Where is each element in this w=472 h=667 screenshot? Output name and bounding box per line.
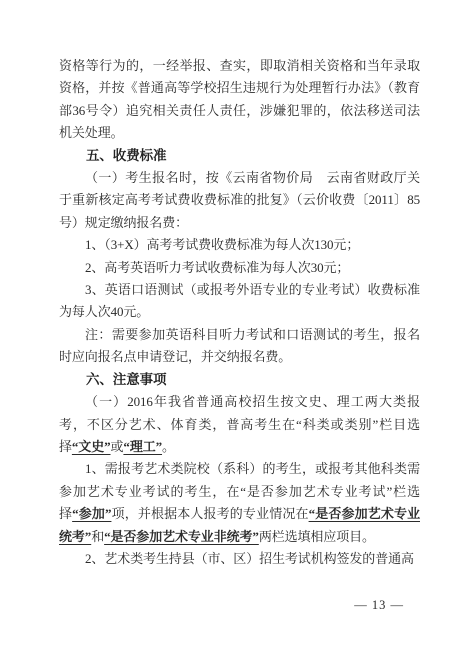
text-run: 项，并根据本人报考的专业情况在	[111, 506, 308, 521]
text-run: 五、收费标准	[86, 148, 166, 163]
paragraph: 2、艺术类考生持县（市、区）招生考试机构签发的普通高	[59, 548, 420, 570]
paragraph: 注：需要参加英语科目听力考试和口语测试的考生，报名时应向报名点申请登记，并交纳报…	[59, 324, 420, 369]
text-run: 资格等行为的，一经举报、查实，即取消相关资格和当年录取资格，并按《普通高等学校招…	[59, 58, 420, 140]
text-run: 和	[91, 529, 104, 544]
emphasis-run: “理工”	[123, 439, 162, 454]
text-run: 注：需要参加英语科目听力考试和口语测试的考生，报名时应向报名点申请登记，并交纳报…	[59, 327, 420, 364]
text-run: 2、艺术类考生持县（市、区）招生考试机构签发的普通高	[85, 551, 414, 566]
text-run: 。	[162, 439, 175, 454]
emphasis-run: “文史”	[72, 439, 111, 454]
text-run: 两栏选填相应项目。	[259, 529, 375, 544]
text-run: 六、注意事项	[86, 372, 166, 387]
page-number: — 13 —	[354, 598, 404, 613]
document-page: { "page": { "background_color": "#ffffff…	[0, 0, 472, 667]
emphasis-run: “是否参加艺术专业非统考”	[104, 529, 259, 544]
paragraph: （一）2016年我省普通高校招生按文史、理工两大类报考，不区分艺术、体育类，普高…	[59, 391, 420, 458]
emphasis-run: “参加”	[72, 506, 111, 521]
section-heading: 五、收费标准	[59, 145, 420, 167]
paragraph: 3、英语口语测试（或报考外语专业的专业考试）收费标准为每人次40元。	[59, 279, 420, 324]
text-run: （一）考生报名时，按《云南省物价局 云南省财政厅关于重新核定高考考试费收费标准的…	[59, 170, 420, 230]
paragraph: 2、高考英语听力考试收费标准为每人次30元；	[59, 257, 420, 279]
text-run: 或	[111, 439, 124, 454]
paragraph: 资格等行为的，一经举报、查实，即取消相关资格和当年录取资格，并按《普通高等学校招…	[59, 55, 420, 145]
text-run: 1、（3+X）高考考试费收费标准为每人次130元；	[85, 237, 359, 252]
paragraph: 1、（3+X）高考考试费收费标准为每人次130元；	[59, 234, 420, 256]
document-body: 资格等行为的，一经举报、查实，即取消相关资格和当年录取资格，并按《普通高等学校招…	[59, 55, 420, 570]
text-run: 2、高考英语听力考试收费标准为每人次30元；	[85, 260, 349, 275]
section-heading: 六、注意事项	[59, 369, 420, 391]
paragraph: （一）考生报名时，按《云南省物价局 云南省财政厅关于重新核定高考考试费收费标准的…	[59, 167, 420, 234]
text-run: 3、英语口语测试（或报考外语专业的专业考试）收费标准为每人次40元。	[59, 282, 420, 319]
paragraph: 1、需报考艺术类院校（系科）的考生，或报考其他科类需参加艺术专业考试的考生，在“…	[59, 458, 420, 548]
